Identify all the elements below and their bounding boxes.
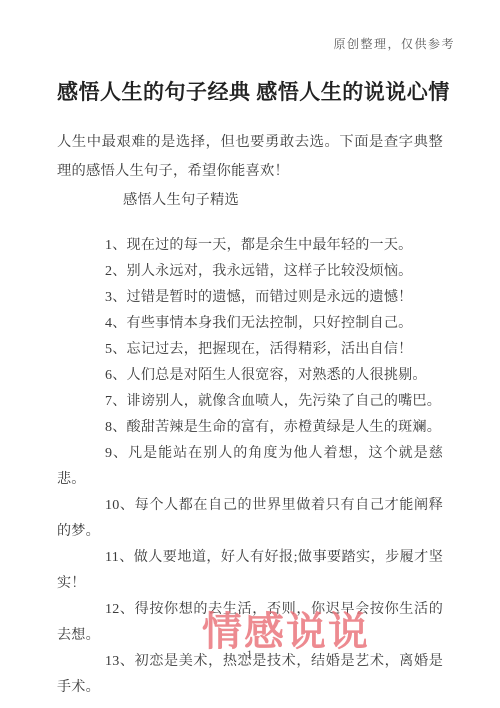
quote-item: 8、酸甜苦辣是生命的富有，赤橙黄绿是人生的斑斓。 (57, 414, 443, 440)
intro-paragraph: 人生中最艰难的是选择，但也要勇敢去选。下面是查字典整理的感悟人生句子，希望你能喜… (57, 128, 443, 186)
document-body: 感悟人生的句子经典 感悟人生的说说心情 人生中最艰难的是选择，但也要勇敢去选。下… (57, 76, 443, 700)
document-page: 原创整理，仅供参考 感悟人生的句子经典 感悟人生的说说心情 人生中最艰难的是选择… (0, 0, 500, 708)
quote-item: 12、得按你想的去生活，否则，你迟早会按你生活的去想。 (57, 596, 443, 648)
quote-item: 7、诽谤别人，就像含血喷人，先污染了自己的嘴巴。 (57, 388, 443, 414)
header-note: 原创整理，仅供参考 (333, 35, 455, 52)
quote-item: 2、别人永远对，我永远错，这样子比较没烦恼。 (57, 258, 443, 284)
quote-item: 6、人们总是对陌生人很宽容，对熟悉的人很挑剔。 (57, 362, 443, 388)
quote-item: 5、忘记过去，把握现在，活得精彩，活出自信！ (57, 336, 443, 362)
page-number: - 1 - (0, 647, 500, 662)
section-subtitle: 感悟人生句子精选 (57, 186, 443, 215)
quote-item: 9、凡是能站在别人的角度为他人着想，这个就是慈悲。 (57, 440, 443, 492)
quote-item: 11、做人要地道，好人有好报;做事要踏实，步履才坚实！ (57, 544, 443, 596)
quote-list: 1、现在过的每一天，都是余生中最年轻的一天。2、别人永远对，我永远错，这样子比较… (57, 232, 443, 700)
quote-item: 3、过错是暂时的遗憾，而错过则是永远的遗憾！ (57, 284, 443, 310)
quote-item: 4、有些事情本身我们无法控制，只好控制自己。 (57, 310, 443, 336)
quote-item: 10、每个人都在自己的世界里做着只有自己才能阐释的梦。 (57, 492, 443, 544)
quote-item: 1、现在过的每一天，都是余生中最年轻的一天。 (57, 232, 443, 258)
page-title: 感悟人生的句子经典 感悟人生的说说心情 (57, 76, 443, 106)
